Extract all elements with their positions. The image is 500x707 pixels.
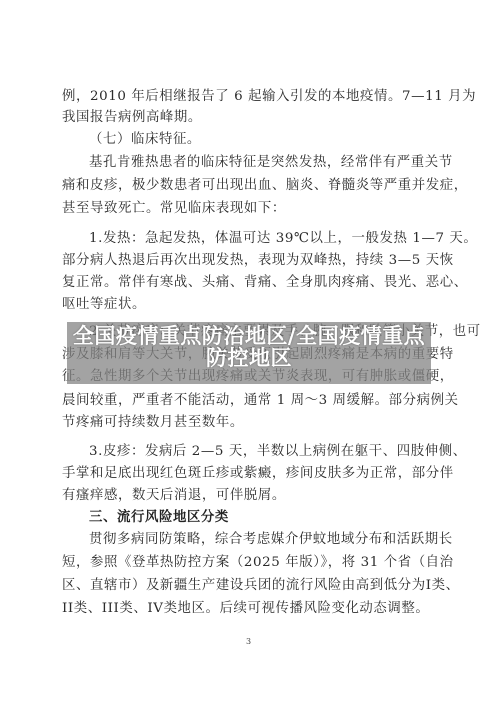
text-line: 部分病人热退后再次出现发热，表现为双峰热，持续 3—5 天恢 [62, 251, 442, 271]
text-line: 例，2010 年后相继报告了 6 起输入引发的本地疫情。7—11 月为 [62, 87, 442, 107]
text-line: 手掌和足底出现红色斑丘疹或紫癜，疹间皮肤多为正常，部分伴 [62, 464, 442, 484]
text-line: 贯彻多病同防策略，综合考虑媒介伊蚊地域分布和活跃期长 [89, 530, 469, 550]
text-line: 有瘙痒感，数天后消退，可伴脱屑。 [62, 486, 442, 506]
text-line: 晨间较重，严重者不能活动，通常 1 周～3 周缓解。部分病例关 [62, 391, 442, 411]
text-line: 3.皮疹：发病后 2—5 天，半数以上病例在躯干、四肢伸侧、 [89, 442, 469, 462]
text-line: 复正常。常伴有寒战、头痛、背痛、全身肌肉疼痛、畏光、恶心、 [62, 273, 442, 293]
section-heading: 三、流行风险地区分类 [89, 508, 469, 528]
text-line: 基孔肯雅热患者的临床特征是突然发热，经常伴有严重关节 [89, 153, 469, 173]
text-line: 节疼痛可持续数月甚至数年。 [62, 413, 442, 433]
overlay-title: 全国疫情重点防治地区/全国疫情重点防控地区 [67, 322, 431, 369]
page-number: 3 [246, 637, 251, 646]
text-line: 呕吐等症状。 [62, 295, 442, 315]
text-line: II类、III类、IV类地区。后续可视传播风险变化动态调整。 [62, 599, 442, 619]
document-page: 例，2010 年后相继报告了 6 起输入引发的本地疫情。7—11 月为 我国报告… [0, 0, 500, 707]
text-line: 甚至导致死亡。常见临床表现如下： [62, 199, 442, 219]
text-line: 短，参照《登革热防控方案（2025 年版）》，将 31 个省（自治 [62, 553, 442, 573]
text-line: 痛和皮疹，极少数患者可出现出血、脑炎、脊髓炎等严重并发症， [62, 176, 442, 196]
text-line: 1.发热：急起发热，体温可达 39℃以上，一般发热 1—7 天。 [89, 229, 469, 249]
text-line: 区、直辖市）及新疆生产建设兵团的流行风险由高到低分为I类、 [62, 576, 442, 596]
text-line: 我国报告病例高峰期。 [62, 108, 442, 128]
section-subheading: （七）临床特征。 [89, 130, 469, 150]
